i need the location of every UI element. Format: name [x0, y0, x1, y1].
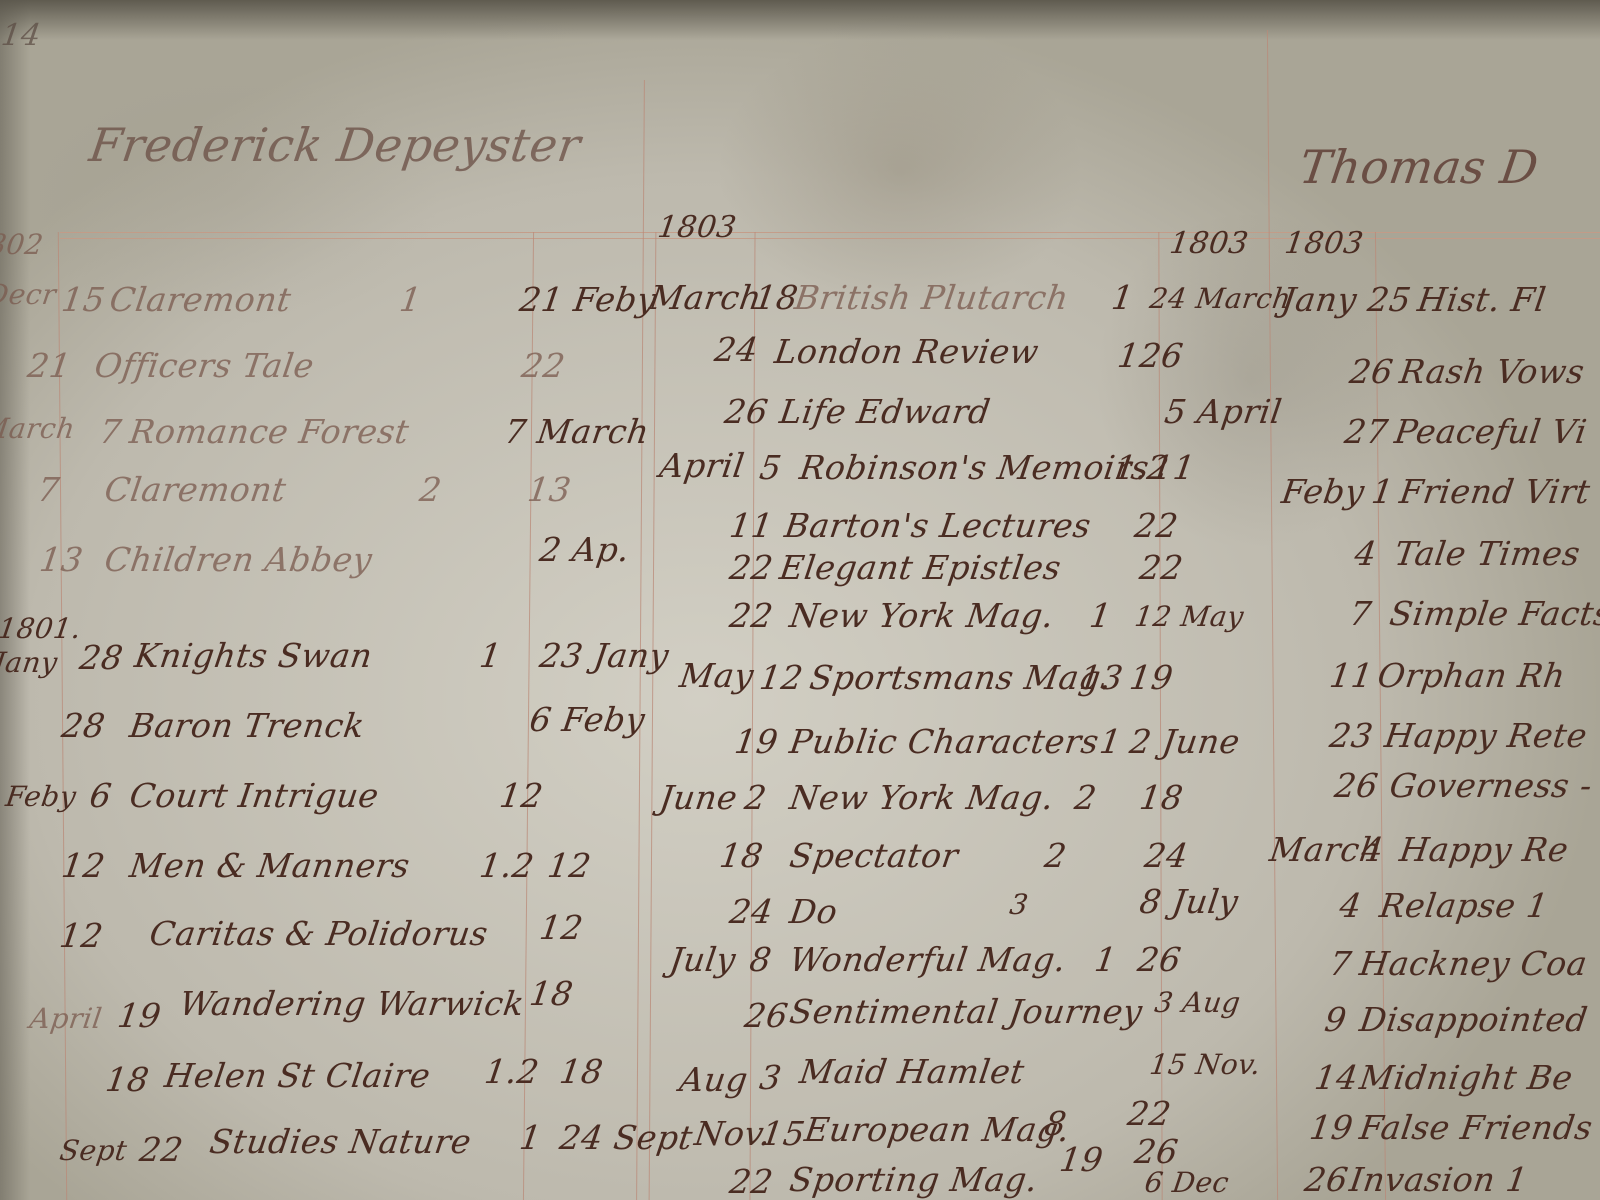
- entry-return: 18: [527, 974, 575, 1013]
- entry-return: 8 July: [1137, 882, 1241, 921]
- binding-shadow: [0, 0, 30, 1200]
- entry-volume: 1: [1087, 596, 1114, 635]
- entry-volume: 13: [1077, 658, 1125, 697]
- entry-month: April: [657, 446, 747, 485]
- entry-title: Maid Hamlet: [797, 1052, 1027, 1091]
- entry-day: 4: [1337, 886, 1364, 925]
- entry-month: Feby: [1279, 472, 1367, 511]
- entry-title: Disappointed: [1357, 1000, 1590, 1039]
- entry-return: 23 Jany: [537, 636, 671, 675]
- entry-return: 22: [1137, 548, 1185, 587]
- entry-day: 12: [757, 658, 805, 697]
- entry-day: 15: [59, 280, 107, 319]
- entry-return: 12: [497, 776, 545, 815]
- entry-month: June: [657, 778, 740, 817]
- entry-title: New York Mag.: [787, 596, 1056, 635]
- entry-volume: 19: [1057, 1140, 1105, 1179]
- entry-return: 5 April: [1162, 392, 1284, 431]
- entry-day: 22: [137, 1130, 185, 1169]
- entry-day: 26: [722, 392, 770, 431]
- entry-margin: 1801. Jany: [0, 612, 81, 680]
- entry-title: Officers Tale: [92, 346, 316, 385]
- column-rule: [749, 232, 755, 1200]
- entry-title: Children Abbey: [102, 540, 375, 579]
- entry-volume: 1: [397, 280, 424, 319]
- entry-day: 6: [87, 776, 114, 815]
- entry-title: Sporting Mag.: [787, 1160, 1040, 1199]
- entry-title: Baron Trenck: [127, 706, 367, 745]
- entry-title: Happy Rete: [1382, 716, 1589, 755]
- entry-day: 26: [1332, 766, 1380, 805]
- entry-title: Court Intrigue: [127, 776, 381, 815]
- entry-title: False Friends 1: [1357, 1108, 1600, 1147]
- header-rule: [60, 232, 1600, 233]
- entry-return: 24 Sept: [557, 1118, 695, 1157]
- entry-title: Rash Vows: [1397, 352, 1587, 391]
- entry-return: 24: [1142, 836, 1190, 875]
- entry-volume: 1: [1092, 940, 1119, 979]
- entry-return: 6 Feby: [527, 700, 647, 739]
- entry-volume: 1: [477, 636, 504, 675]
- entry-return: 22: [1132, 506, 1180, 545]
- entry-day: 26: [1302, 1160, 1350, 1199]
- entry-title: Wandering Warwick: [177, 984, 527, 1023]
- entry-title: New York Mag.: [787, 778, 1056, 817]
- ledger-page: 114 Frederick Depeyster 1802 Decr 15 Cla…: [0, 0, 1600, 1200]
- entry-margin: April: [28, 1002, 105, 1035]
- entry-day: 7: [1347, 594, 1374, 633]
- entry-title: Robinson's Memoirs: [797, 448, 1151, 487]
- entry-return: 2 Ap.: [537, 530, 632, 569]
- entry-title: European Mag.: [802, 1110, 1072, 1149]
- entry-day: 26: [1347, 352, 1395, 391]
- entry-title: Hist. Fl: [1415, 280, 1548, 319]
- entry-day: 9: [1322, 1000, 1349, 1039]
- entry-title: Simple Facts: [1387, 594, 1600, 633]
- entry-title: Barton's Lectures: [782, 506, 1093, 545]
- entry-return: 22: [519, 346, 567, 385]
- entry-day: 24: [727, 892, 775, 931]
- entry-title: Governess - 1: [1387, 766, 1600, 805]
- entry-title: Sportsmans Mag.: [807, 658, 1114, 697]
- entry-day: 22: [727, 1162, 775, 1200]
- entry-day: 7: [97, 412, 124, 451]
- entry-month: Aug: [677, 1060, 750, 1099]
- account-holder-name: Thomas D: [1296, 140, 1542, 194]
- entry-day: 7: [1327, 944, 1354, 983]
- entry-title: Caritas & Polidorus: [147, 914, 490, 953]
- entry-title: Romance Forest: [127, 412, 411, 451]
- entry-title: Hackney Coa: [1357, 944, 1590, 983]
- entry-day: 25: [1365, 280, 1413, 319]
- entry-title: Studies Nature: [207, 1122, 474, 1161]
- entry-return: 12: [537, 908, 585, 947]
- entry-day: 23: [1327, 716, 1375, 755]
- entry-day: 22: [727, 596, 775, 635]
- entry-return: 18: [557, 1052, 605, 1091]
- entry-return: 13: [525, 470, 573, 509]
- entry-volume: 2: [1042, 836, 1069, 875]
- entry-day: 22: [727, 548, 775, 587]
- entry-return: 19: [1127, 658, 1175, 697]
- entry-return: 6 Dec: [1143, 1166, 1232, 1199]
- page-number: 114: [0, 18, 43, 53]
- entry-day: 28: [77, 638, 125, 677]
- entry-day: 19: [115, 996, 163, 1035]
- entry-volume: 2: [1072, 778, 1099, 817]
- entry-volume: 1: [1097, 722, 1124, 761]
- header-rule: [60, 238, 1600, 239]
- entry-volume: 2: [417, 470, 444, 509]
- entry-title: Life Edward: [777, 392, 993, 431]
- entry-title: Tale Times: [1392, 534, 1583, 573]
- entry-day: 12: [57, 916, 105, 955]
- entry-day: 26: [742, 996, 790, 1035]
- entry-return: 26: [1137, 336, 1185, 375]
- entry-title: Claremont: [107, 280, 293, 319]
- page-edge-shadow: [0, 0, 1600, 40]
- entry-return: 3 Aug: [1153, 986, 1243, 1019]
- entry-day: 19: [732, 722, 780, 761]
- entry-return: 7 March: [502, 412, 651, 451]
- entry-day: 5: [757, 448, 784, 487]
- entry-title: Public Characters: [787, 722, 1101, 761]
- entry-day: 3: [757, 1058, 784, 1097]
- entry-month: May: [677, 656, 756, 695]
- entry-title: Men & Manners: [127, 846, 412, 885]
- year-heading: 1803: [656, 210, 739, 245]
- account-holder-name: Frederick Depeyster: [86, 118, 584, 172]
- entry-return: 22: [1125, 1094, 1173, 1133]
- entry-day: 18: [717, 836, 765, 875]
- year-heading: 1803: [1168, 226, 1251, 261]
- entry-title: Elegant Epistles: [777, 548, 1063, 587]
- margin-year: 1802: [0, 228, 46, 261]
- entry-title: Midnight Be: [1357, 1058, 1575, 1097]
- entry-title: Peaceful Vi: [1392, 412, 1589, 451]
- entry-return: 15 Nov.: [1148, 1048, 1263, 1081]
- entry-margin: March: [0, 412, 77, 445]
- entry-volume: 1: [517, 1118, 544, 1157]
- entry-volume: 3: [1008, 888, 1031, 921]
- entry-title: Helen St Claire: [162, 1056, 433, 1095]
- entry-day: 24: [712, 330, 760, 369]
- entry-title: Do: [787, 892, 840, 931]
- entry-margin: Feby: [4, 780, 79, 813]
- entry-day: 14: [1312, 1058, 1360, 1097]
- entry-day: 1: [1369, 472, 1396, 511]
- entry-month: Jany: [1279, 280, 1359, 319]
- entry-volume: 1: [1109, 278, 1136, 317]
- entry-title: British Plutarch: [792, 278, 1071, 317]
- entry-title: Knights Swan: [132, 636, 375, 675]
- entry-day: 11: [1327, 656, 1375, 695]
- entry-day: 11: [727, 506, 775, 545]
- entry-return: 2 June: [1127, 722, 1242, 761]
- entry-title: Orphan Rh: [1375, 656, 1568, 695]
- entry-title: Friend Virt: [1397, 472, 1592, 511]
- entry-title: Invasion 1: [1347, 1160, 1530, 1199]
- entry-title: Happy Re: [1397, 830, 1571, 869]
- entry-month: July: [667, 940, 738, 979]
- entry-return: 26: [1135, 940, 1183, 979]
- entry-title: Spectator: [787, 836, 961, 875]
- entry-day: 19: [1307, 1108, 1355, 1147]
- entry-day: 2: [742, 778, 769, 817]
- entry-day: 13: [37, 540, 85, 579]
- entry-return: 24 March: [1148, 282, 1294, 315]
- entry-day: 28: [59, 706, 107, 745]
- entry-title: Wonderful Mag.: [787, 940, 1068, 979]
- entry-day: 8: [747, 940, 774, 979]
- entry-return: 12 May: [1133, 600, 1246, 633]
- entry-title: London Review: [772, 332, 1041, 371]
- entry-volume: 1.2: [477, 846, 536, 885]
- entry-margin: Decr: [0, 278, 58, 311]
- column-rule: [649, 232, 657, 1200]
- entry-return: 12: [545, 846, 593, 885]
- entry-margin: Sept: [58, 1134, 130, 1167]
- entry-day: 7: [35, 470, 62, 509]
- entry-return: 21 Feby: [517, 280, 659, 319]
- entry-return: 18: [1137, 778, 1185, 817]
- entry-day: 4: [1352, 534, 1379, 573]
- year-heading: 1803: [1283, 226, 1366, 261]
- entry-month: March: [647, 278, 764, 317]
- entry-day: 15: [759, 1114, 807, 1153]
- entry-title: Claremont: [102, 470, 288, 509]
- entry-title: Sentimental Journey: [787, 992, 1145, 1031]
- entry-title: Relapse 1: [1377, 886, 1551, 925]
- entry-day: 21: [25, 346, 73, 385]
- entry-day: 18: [103, 1060, 151, 1099]
- entry-day: 27: [1342, 412, 1390, 451]
- entry-day: 12: [59, 846, 107, 885]
- entry-volume: 1.2: [482, 1052, 541, 1091]
- entry-return: 11: [1149, 448, 1197, 487]
- column-rule: [1267, 30, 1278, 1200]
